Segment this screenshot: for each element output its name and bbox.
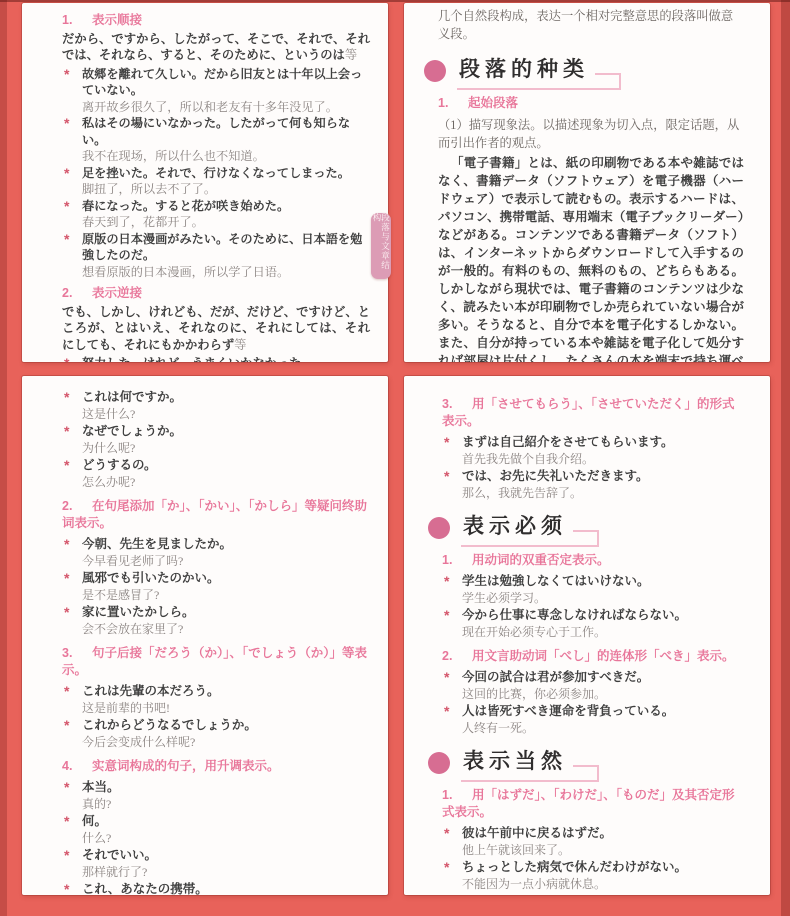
section-heading: 段落的种类 (424, 55, 744, 87)
example-translation-zh: 今早看见老师了吗? (82, 553, 370, 570)
chapter-side-tab-label: 段落与文章结构 (373, 213, 390, 279)
chapter-side-tab: 段落与文章结构 (371, 213, 391, 279)
rule-heading-text: 在句尾添加「か」、「かい」、「かしら」等疑问终助词表示。 (62, 499, 367, 530)
example-sentence-ja: 春になった。すると花が咲き始めた。 (82, 198, 370, 215)
rule-heading-text: 用「させてもらう」、「させていただく」的形式表示。 (442, 397, 735, 428)
asterisk-bullet-icon: * (444, 825, 449, 842)
example-translation-zh: 会不会放在家里了? (82, 621, 370, 638)
example-item: *これ、あなたの携帯。这是你的手机? (62, 881, 370, 895)
example-sentence-ja: どうするの。 (82, 457, 370, 474)
example-sentence-ja: これは何ですか。 (82, 389, 370, 406)
example-sentence-ja: 原版の日本漫画がみたい。そのために、日本語を勉強したのだ。 (82, 231, 370, 264)
example-sentence-ja: 家に置いたかしら。 (82, 604, 370, 621)
rule-number: 3. (62, 645, 92, 662)
example-translation-zh: 为什么呢? (82, 440, 370, 457)
asterisk-bullet-icon: * (64, 847, 69, 864)
asterisk-bullet-icon: * (444, 859, 449, 876)
asterisk-bullet-icon: * (444, 573, 449, 590)
example-sentence-ja: 努力した、けれど、うまくいかなかった。 (82, 355, 370, 362)
example-translation-zh: 不能因为一点小病就休息。 (462, 876, 746, 893)
example-sentence-ja: 彼は午前中に戻るはずだ。 (462, 825, 746, 842)
rule-number: 2. (62, 285, 92, 302)
rule-heading-text: 用「はずだ」、「わけだ」、「ものだ」及其否定形式表示。 (442, 788, 735, 819)
rule-heading-text: 实意词构成的句子，用升调表示。 (92, 759, 280, 773)
example-sentence-ja: 今回の試合は君が参加すべきだ。 (462, 669, 746, 686)
numbered-rule-heading: 2.表示逆接 (62, 285, 370, 302)
numbered-rule-heading: 1.表示顺接 (62, 12, 370, 29)
book-page-panel-bottom-left: *これは何ですか。这是什么?*なぜでしょうか。为什么呢?*どうするの。怎么办呢?… (22, 376, 388, 895)
example-sentence-ja: 人は皆死すべき運命を背負っている。 (462, 703, 746, 720)
asterisk-bullet-icon: * (64, 165, 69, 182)
example-item: *何。什么? (62, 813, 370, 847)
numbered-rule-heading: 1.起始段落 (438, 95, 744, 112)
asterisk-bullet-icon: * (64, 604, 69, 621)
example-item: *これからどうなるでしょうか。今后会变成什么样呢? (62, 717, 370, 751)
example-item: *今朝、先生を見ましたか。今早看见老师了吗? (62, 536, 370, 570)
etc-suffix: 等 (234, 338, 246, 352)
book-page-panel-top-right: 几个自然段构成，表达一个相对完整意思的段落叫做意义段。段落的种类1.起始段落（1… (404, 3, 770, 362)
example-translation-zh: 离开故乡很久了，所以和老友有十多年没见了。 (82, 99, 370, 116)
rule-number: 1. (62, 12, 92, 29)
example-item: *本当。真的? (62, 779, 370, 813)
example-item: *それでいい。那样就行了? (62, 847, 370, 881)
asterisk-bullet-icon: * (64, 813, 69, 830)
example-sentence-ja: 何。 (82, 813, 370, 830)
asterisk-bullet-icon: * (64, 66, 69, 83)
example-translation-zh: 这回的比赛，你必须参加。 (462, 686, 746, 703)
section-heading: 表示当然 (428, 747, 746, 779)
example-translation-zh: 那样就行了? (82, 864, 370, 881)
book-page-panel-top-left: 1.表示顺接だから、ですから、したがって、そこで、それで、それでは、それなら、す… (22, 3, 388, 362)
asterisk-bullet-icon: * (444, 434, 449, 451)
example-translation-zh: 那么，我就先告辞了。 (462, 485, 746, 502)
example-item: *今回の試合は君が参加すべきだ。这回的比赛，你必须参加。 (442, 669, 746, 703)
rule-heading-text: 用动词的双重否定表示。 (472, 553, 610, 567)
rule-number: 4. (62, 758, 92, 775)
example-item: *今から仕事に専念しなければならない。现在开始必须专心于工作。 (442, 607, 746, 641)
example-item: *ちょっとした病気で休んだわけがない。不能因为一点小病就休息。 (442, 859, 746, 893)
example-sentence-ja: 足を挫いた。それで、行けなくなってしまった。 (82, 165, 370, 182)
rule-heading-text: 起始段落 (468, 96, 518, 110)
scanned-book-spread: { "colors": { "background": "#e8625a", "… (0, 0, 790, 916)
example-item: *どうするの。怎么办呢? (62, 457, 370, 491)
asterisk-bullet-icon: * (64, 779, 69, 796)
example-item: *なぜでしょうか。为什么呢? (62, 423, 370, 457)
example-sentence-ja: 故郷を離れて久しい。だから旧友とは十年以上会っていない。 (82, 66, 370, 99)
example-sentence-ja: それでいい。 (82, 847, 370, 864)
example-item: *これは何ですか。这是什么? (62, 389, 370, 423)
example-item: *原版の日本漫画がみたい。そのために、日本語を勉強したのだ。想看原版的日本漫画，… (62, 231, 370, 281)
example-translation-zh: 今后会变成什么样呢? (82, 734, 370, 751)
numbered-rule-heading: 1.用动词的双重否定表示。 (442, 552, 746, 569)
example-translation-zh: 什么? (82, 830, 370, 847)
example-item: *故郷を離れて久しい。だから旧友とは十年以上会っていない。离开故乡很久了，所以和… (62, 66, 370, 116)
section-dot-icon (428, 752, 450, 774)
japanese-paragraph: 「電子書籍」とは、紙の印刷物である本や雑誌ではなく、書籍データ（ソフトウェア）を… (438, 154, 744, 362)
asterisk-bullet-icon: * (64, 457, 69, 474)
example-item: *春になった。すると花が咲き始めた。春天到了，花都开了。 (62, 198, 370, 231)
asterisk-bullet-icon: * (444, 703, 449, 720)
numbered-rule-heading: 2.用文言助动词「べし」的连体形「べき」表示。 (442, 648, 746, 665)
asterisk-bullet-icon: * (64, 115, 69, 132)
book-page-panel-bottom-right: 3.用「させてもらう」、「させていただく」的形式表示。*まずは自己紹介をさせても… (404, 376, 770, 895)
connector-word-list: でも、しかし、けれども、だが、だけど、ですけど、ところが、とはいえ、それなのに、… (62, 304, 370, 354)
asterisk-bullet-icon: * (64, 198, 69, 215)
example-translation-zh: 是不是感冒了? (82, 587, 370, 604)
example-item: *私はその場にいなかった。したがって何も知らない。我不在现场，所以什么也不知道。 (62, 115, 370, 165)
example-sentence-ja: 風邪でも引いたのかい。 (82, 570, 370, 587)
section-title: 表示当然 (463, 745, 569, 782)
example-sentence-ja: では、お先に失礼いただきます。 (462, 468, 746, 485)
chinese-explanation-line: 几个自然段构成，表达一个相对完整意思的段落叫做意义段。 (438, 7, 744, 43)
example-sentence-ja: 本当。 (82, 779, 370, 796)
example-item: *学生は勉強しなくてはいけない。学生必须学习。 (442, 573, 746, 607)
numbered-rule-heading: 3.用「させてもらう」、「させていただく」的形式表示。 (442, 396, 746, 430)
example-translation-zh: 这是前辈的书吧! (82, 700, 370, 717)
numbered-rule-heading: 4.实意词构成的句子，用升调表示。 (62, 758, 370, 775)
example-translation-zh: 他上午就该回来了。 (462, 842, 746, 859)
asterisk-bullet-icon: * (444, 607, 449, 624)
numbered-rule-heading: 3.句子后接「だろう（か）」、「でしょう（か）」等表示。 (62, 645, 370, 679)
example-translation-zh: 想看原版的日本漫画，所以学了日语。 (82, 264, 370, 281)
rule-heading-text: 表示逆接 (92, 286, 142, 300)
example-sentence-ja: これ、あなたの携帯。 (82, 881, 370, 895)
example-item: *人は皆死すべき運命を背負っている。人终有一死。 (442, 703, 746, 737)
asterisk-bullet-icon: * (64, 355, 69, 362)
asterisk-bullet-icon: * (64, 570, 69, 587)
rule-heading-text: 表示顺接 (92, 13, 142, 27)
example-sentence-ja: 今から仕事に専念しなければならない。 (462, 607, 746, 624)
section-title: 表示必须 (463, 510, 569, 547)
page-edge-shadow-right (781, 0, 790, 916)
asterisk-bullet-icon: * (64, 881, 69, 895)
example-translation-zh: 怎么办呢? (82, 474, 370, 491)
example-sentence-ja: これは先輩の本だろう。 (82, 683, 370, 700)
example-item: *風邪でも引いたのかい。是不是感冒了? (62, 570, 370, 604)
rule-number: 1. (442, 787, 472, 804)
chinese-explanation-line: （1）描写现象法。以描述现象为切入点，限定话题，从而引出作者的观点。 (438, 116, 744, 152)
page-edge-shadow-left (0, 0, 7, 916)
connector-words-ja: だから、ですから、したがって、そこで、それで、それでは、それなら、すると、そのた… (62, 32, 370, 63)
numbered-rule-heading: 2.在句尾添加「か」、「かい」、「かしら」等疑问终助词表示。 (62, 498, 370, 532)
asterisk-bullet-icon: * (444, 669, 449, 686)
asterisk-bullet-icon: * (444, 468, 449, 485)
example-sentence-ja: ちょっとした病気で休んだわけがない。 (462, 859, 746, 876)
example-sentence-ja: 学生は勉強しなくてはいけない。 (462, 573, 746, 590)
asterisk-bullet-icon: * (64, 231, 69, 248)
example-item: *これは先輩の本だろう。这是前辈的书吧! (62, 683, 370, 717)
section-heading: 表示必须 (428, 512, 746, 544)
section-dot-icon (428, 517, 450, 539)
section-title: 段落的种类 (459, 53, 591, 90)
example-translation-zh: 我不在现场，所以什么也不知道。 (82, 148, 370, 165)
page-edge-shadow-top (0, 0, 790, 2)
asterisk-bullet-icon: * (64, 717, 69, 734)
connector-words-ja: でも、しかし、けれども、だが、だけど、ですけど、ところが、とはいえ、それなのに、… (62, 305, 370, 352)
example-translation-zh: 现在开始必须专心于工作。 (462, 624, 746, 641)
example-sentence-ja: これからどうなるでしょうか。 (82, 717, 370, 734)
rule-number: 2. (442, 648, 472, 665)
rule-number: 1. (438, 95, 468, 112)
example-item: *彼は午前中に戻るはずだ。他上午就该回来了。 (442, 825, 746, 859)
asterisk-bullet-icon: * (64, 423, 69, 440)
example-item: *まずは自己紹介をさせてもらいます。首先我先做个自我介绍。 (442, 434, 746, 468)
numbered-rule-heading: 1.用「はずだ」、「わけだ」、「ものだ」及其否定形式表示。 (442, 787, 746, 821)
example-translation-zh: 首先我先做个自我介绍。 (462, 451, 746, 468)
example-sentence-ja: 私はその場にいなかった。したがって何も知らない。 (82, 115, 370, 148)
connector-word-list: だから、ですから、したがって、そこで、それで、それでは、それなら、すると、そのた… (62, 31, 370, 64)
example-translation-zh: 学生必须学习。 (462, 590, 746, 607)
asterisk-bullet-icon: * (64, 536, 69, 553)
section-dot-icon (424, 60, 446, 82)
rule-number: 1. (442, 552, 472, 569)
example-translation-zh: 人终有一死。 (462, 720, 746, 737)
example-sentence-ja: なぜでしょうか。 (82, 423, 370, 440)
rule-heading-text: 句子后接「だろう（か）」、「でしょう（か）」等表示。 (62, 646, 367, 677)
example-translation-zh: 春天到了，花都开了。 (82, 214, 370, 231)
rule-number: 2. (62, 498, 92, 515)
etc-suffix: 等 (345, 48, 357, 62)
rule-heading-text: 用文言助动词「べし」的连体形「べき」表示。 (472, 649, 735, 663)
example-translation-zh: 真的? (82, 796, 370, 813)
example-sentence-ja: 今朝、先生を見ましたか。 (82, 536, 370, 553)
example-item: *努力した、けれど、うまくいかなかった。努力了，但是进展不顺利。 (62, 355, 370, 362)
example-sentence-ja: まずは自己紹介をさせてもらいます。 (462, 434, 746, 451)
rule-number: 3. (442, 396, 472, 413)
example-translation-zh: 脚扭了，所以去不了了。 (82, 181, 370, 198)
asterisk-bullet-icon: * (64, 683, 69, 700)
example-item: *足を挫いた。それで、行けなくなってしまった。脚扭了，所以去不了了。 (62, 165, 370, 198)
example-item: *家に置いたかしら。会不会放在家里了? (62, 604, 370, 638)
example-translation-zh: 这是什么? (82, 406, 370, 423)
example-item: *では、お先に失礼いただきます。那么，我就先告辞了。 (442, 468, 746, 502)
asterisk-bullet-icon: * (64, 389, 69, 406)
